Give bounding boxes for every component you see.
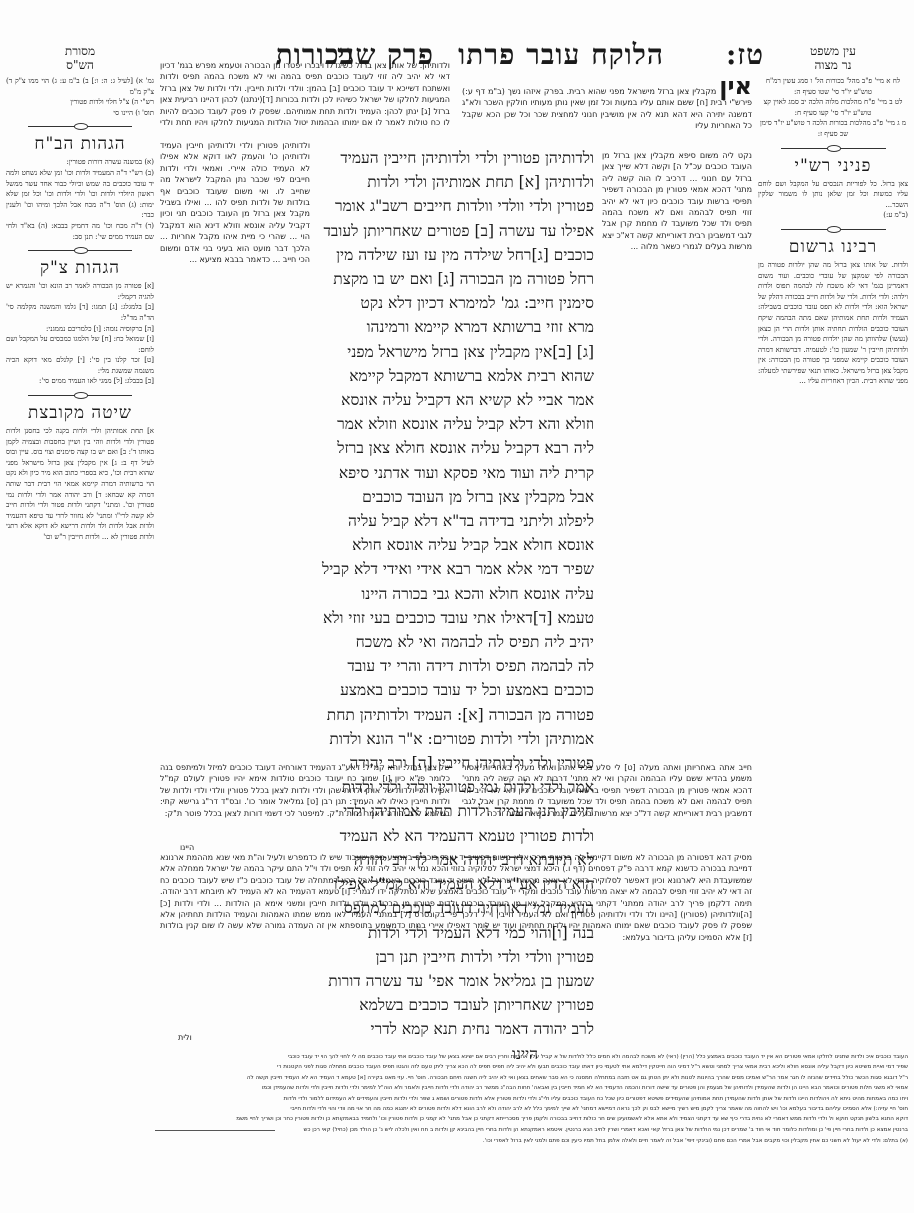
gemara-line: אמר אביי לא קשיא הא דקביל עליה אונסא xyxy=(312,388,594,412)
gemara-line: כוכבים [ג]רחל שילדה מין עז ועז שילדה מין xyxy=(312,243,594,267)
gemara-line: ולדותיהן [א] תחת אמותיהן ולדי ולדות xyxy=(312,170,594,194)
tosafot-catchword: ולית xyxy=(178,1032,192,1043)
bach-entry: (ד) ד"ה מכח וכו' מה דחמיק בבבא: (ה) בא"ד… xyxy=(6,221,154,242)
gemara-line: שהוא רבית אלמא ברשותא דמקבל קיימא xyxy=(312,364,594,388)
shita-mekubetzet-text: א] תחת אמותיהן ולדי ולדות בקנה לכי בחסנן… xyxy=(6,426,154,906)
rabbeinu-gershom-text: ולדות. של אותו צאן ברזל מה שהן יולדות פט… xyxy=(758,260,908,910)
gemara-line: ולדותיהן פטורין ולדי ולדותיהן חייבין העמ… xyxy=(312,146,594,170)
gemara-line: פטורה מן הבכורה [א]: העמיד ולדותיהן תחת xyxy=(312,703,594,727)
gemara-line: וזולא והא דלא קביל עליה אונסא וזולא אמר xyxy=(312,412,594,436)
hagahot-tzk-entries: [א] פטורה מן הבכורה לאמר רב הונא וכו' וה… xyxy=(6,281,154,387)
masoret-hashas-entries: גמ' א) [לעיל ג: ה: ו:] ב) ב"מ ע: ג) הוי … xyxy=(6,76,154,118)
bottom-note-line: חוס' חיי עזיה:) אלא הסמיכו עליהם בדיבור … xyxy=(6,1104,908,1114)
bottom-note-line: ויחו כמה באמחות מהיט ניתא לה ויהולדות הי… xyxy=(6,1094,908,1104)
ein-mishpat-entry: לט ב מיי' פ"ח מהלכות מלוה הלכה יב סמג לא… xyxy=(758,97,908,118)
pninei-rashi-text: צאן ברזל. כל לפוריות הנכסים על המקבל ושם… xyxy=(758,179,908,211)
tzk-entry: [ה] כרקוסיה נומה: [ו] כלמריכם נממגני: xyxy=(6,324,154,335)
gemara-line: ליפלוג וליתני בדידה בד"א דלא קביל עליה xyxy=(312,509,594,533)
gemara-line: ליה רבא דקביל עליה אונסא חולא צאן ברזל xyxy=(312,436,594,460)
hagahot-tzk-title: הגהות צ"ק xyxy=(6,258,154,278)
gemara-line: סימנין חייב: גמ' למימרא דכיון דלא נקט xyxy=(312,291,594,315)
gemara-line: קרית ליה ועוד מאי פסקא ועוד אדתני סיפא xyxy=(312,461,594,485)
gemara-line: אמותיהן ולדי ולדות פטורים: א"ר הונא ולדו… xyxy=(312,727,594,751)
gemara-line: רחל פטורה מן הבכורה [ג] ואם יש בו מקצת xyxy=(312,267,594,291)
tzk-entry: [ב] בלמגלג: [ג] תמגו: [ד] גלמו והמשנה מק… xyxy=(6,302,154,323)
tzk-entry: [ט] זכר קלנו בין סי': [י] קלנלם מאי דוקא… xyxy=(6,355,154,376)
gemara-line: כוכבים באמצע וכל יד עובד כוכבים באמצע xyxy=(312,678,594,702)
left-margin: מסורת הש"ס גמ' א) [לעיל ג: ה: ו:] ב) ב"מ… xyxy=(6,44,154,906)
hagahot-habach-title: הגהות הב"ח xyxy=(6,134,154,154)
bottom-note-line: ר"ל דובגא סגות הכשר כולל בחידים שהנזה לו… xyxy=(6,1073,908,1083)
gemara-line: מרא זוזי ברשותא דמרא קיימא ורמינהו xyxy=(312,315,594,339)
ein-mishpat-entry: לח א מיי' פ"ב מהל' בכורות הל' ו סמג עשין… xyxy=(758,76,908,97)
mishnah-lead-word: אין xyxy=(719,72,752,100)
rabbeinu-gershom-title: רבינו גרשום xyxy=(758,237,908,257)
bottom-note-line: שפיר דמי ואיית משיטא כיון דקבל עליה אונס… xyxy=(6,1062,908,1072)
tzk-entry: [ז] שמואל כח: [ח] של הלמגו כמכסים על המק… xyxy=(6,334,154,355)
bottom-note-line: ברנטין אמצא כן ולדות בחרי חיין פי' כן ומ… xyxy=(6,1125,908,1135)
gemara-line: עליה אונסא חולא והכא גבי בכורה היינו xyxy=(312,582,594,606)
footnote: (א) בתלם: ולדי לא יעול לא חשני כם אחין מ… xyxy=(148,1136,908,1146)
pninei-rashi-ref: (ב"מ ע:) xyxy=(758,210,908,221)
gemara-line: אפילו עד עשרה [ב] פטורים שאחריותן לעובד xyxy=(312,219,594,243)
rashi-commentary-column: ולדותיהן פטורין ולדי ולדותיהן חייבין העמ… xyxy=(160,140,310,760)
ein-mishpat-entry: מ ג מיי' פ"ב מהלכות בכורות הלכה ד טוש"ע … xyxy=(758,118,908,139)
ein-mishpat-title: עין משפט נר מצוה xyxy=(758,44,908,72)
tzk-entry: [כ] בכבלג: [ל] ממגי לאו העמיד ממים סי': xyxy=(6,376,154,387)
mishnah-tosafot-block: אין מקבלין צאן ברזל מישראל מפני שהוא רבי… xyxy=(462,76,752,132)
bottom-notes: העובד כוכבים איכ ולדות שתנינו לחלקו אמאי… xyxy=(6,1052,908,1135)
right-margin: עין משפט נר מצוה לח א מיי' פ"ב מהל' בכור… xyxy=(758,44,908,910)
tosafot-intro: אין מקבלין צאן ברזל מישראל מפני שהוא רבי… xyxy=(462,76,752,132)
pninei-rashi-title: פניני רש"י xyxy=(758,156,908,176)
masoret-entry: גמ' א) [לעיל ג: ה: ו:] ב) ב"מ ע: ג) הוי … xyxy=(6,76,154,97)
bottom-note-line: העובד כוכבים איכ ולדות שתנינו לחלקו אמאי… xyxy=(6,1052,908,1062)
gemara-line: לה לבהמה תפיס ולדות דידה והרי יד עובד xyxy=(312,654,594,678)
ein-mishpat-entries: לח א מיי' פ"ב מהל' בכורות הל' ו סמג עשין… xyxy=(758,76,908,140)
gemara-line: שפיר דמי אלא אמר רבא אידי ואידי דלא קביל xyxy=(312,557,594,581)
bottom-note-line: אמאי לא משני חלות פטורים וכואמר הבא היינ… xyxy=(6,1083,908,1093)
chapter-title: הלוקח עובר פרתו xyxy=(458,38,664,72)
masoret-entry: רש"י ה) צ"ל חלוי ולדות פטורין xyxy=(6,97,154,108)
ornament-divider xyxy=(781,225,886,233)
gemara-line: [ג] [ב]אין מקבלין צאן ברזל מישראל מפני xyxy=(312,340,594,364)
ornament-divider xyxy=(28,391,132,399)
bottom-note-line: דוקא התנא בלשון תנקט חוקא ול ולדי ולדות … xyxy=(6,1114,908,1124)
tzk-entry: [א] פטורה מן הבכורה לאמר רב הונא וכו' וה… xyxy=(6,281,154,302)
gemara-line: יהיב ליה תפיס לה לבהמה ואי לא משכח xyxy=(312,630,594,654)
gemara-line: פטורין ולדי וולדי וולדות חייבים רשב"ג או… xyxy=(312,194,594,218)
masoret-hashas-title: מסורת הש"ס xyxy=(6,44,154,72)
gemara-line: אבל מקבלין צאן ברזל מן העובד כוכבים xyxy=(312,485,594,509)
bach-entry: (א) במשנה עשרה דורות פטורין: xyxy=(6,157,154,168)
ornament-divider xyxy=(28,122,132,130)
tosafot-right-column: נקט ליה משום סיפא מקבלין צאן ברזל מן העו… xyxy=(602,150,752,762)
bach-entry: (ב) רש"י ד"ה המעמיד ולדות וכו' זמן שלא נ… xyxy=(6,168,154,221)
ornament-divider xyxy=(28,246,132,254)
gemara-line: טעמא [ד]דאילו אתי עובד כוכבים בעי זוזי ו… xyxy=(312,606,594,630)
footnote-divider xyxy=(155,1130,275,1131)
tosafot-intro-text: מקבלין צאן ברזל מישראל מפני שהוא רבית. ב… xyxy=(462,87,752,130)
tosafot-full-width: מסיק דהא דפטורה מן הבכורה לא משום דקיימא… xyxy=(160,852,752,1030)
ornament-divider xyxy=(781,144,886,152)
tosafot-lower-center: חייב אתה באחריותן ואתה מעלה [ט] לי סלע ב… xyxy=(462,762,752,854)
hagahot-habach-entries: (א) במשנה עשרה דורות פטורין: (ב) רש"י ד"… xyxy=(6,157,154,242)
tosafot-lower-left: של צאן ברזל: והא קמ"ל. דאע"ג דהעמיד דאור… xyxy=(160,762,450,842)
gemara-line: אונסא חולא אבל קביל עליה אונסא חולא xyxy=(312,533,594,557)
rashi-commentary-top: ולדותיהן. של אותן צאן ברזל כשיגדלו ויבכר… xyxy=(160,60,450,130)
shita-mekubetzet-title: שיטה מקובצת xyxy=(6,403,154,423)
masoret-entry: תוס' ו) היינו סי xyxy=(6,108,154,119)
